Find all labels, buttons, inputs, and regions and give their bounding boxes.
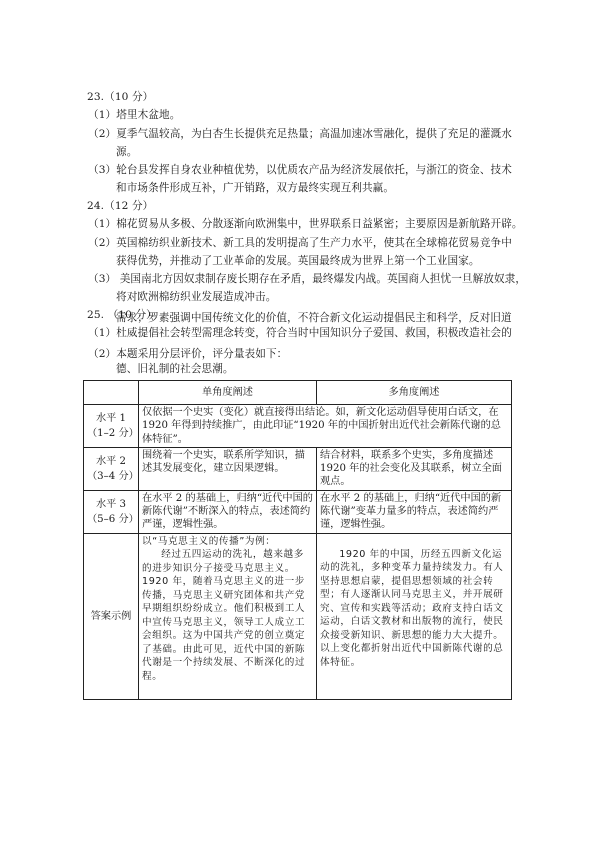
rubric-header-single: 单角度阐述 xyxy=(139,381,317,405)
q24-item-3: （3） 美国南北方因奴隶制存废长期存在矛盾，最终爆发内战。英国商人担忧一旦解放奴… xyxy=(88,273,526,286)
q23-item-2: （2）夏季气温较高，为白杏生长提供充足热量；高温加速冰雪融化，提供了充足的灌溉水 xyxy=(88,128,512,141)
q24-item-2: （2）英国棉纺织业新技术、新工具的发明提高了生产力水平，使其在全球棉花贸易竞争中 xyxy=(88,237,512,250)
q23-heading: 23.（10 分） xyxy=(87,91,153,104)
q23-item-3: （3）轮台县发挥自身农业种植优势，以优质农产品为经济发展依托，与浙江的资金、技术 xyxy=(88,164,512,177)
rubric-row-level-2: 水平 2（3–4 分） 围绕着一个史实，联系所学知识，描述其发展变化，建立因果逻… xyxy=(84,447,512,490)
rubric-header-blank xyxy=(84,381,139,405)
level-1-label: 水平 1（1–2 分） xyxy=(84,405,139,448)
q25-item-2: （2）本题采用分层评价，评分量表如下： xyxy=(88,348,287,361)
q24-item-3-cont: 将对欧洲棉纺织业发展造成冲击。 xyxy=(116,291,276,304)
rubric-row-level-3: 水平 3（5–6 分） 在水平 2 的基础上，归纳“近代中国的新陈代谢”不断深入… xyxy=(84,490,512,533)
level-2-single: 围绕着一个史实，联系所学知识，描述其发展变化，建立因果逻辑。 xyxy=(139,447,317,490)
level-3-multi: 在水平 2 的基础上，归纳“近代中国的新陈代谢”变革力量多的特点，表述简约严谨，… xyxy=(317,490,512,533)
q23-item-1: （1）塔里木盆地。 xyxy=(88,109,180,122)
rubric-table: 单角度阐述 多角度阐述 水平 1（1–2 分） 仅依据一个史实（变化）就直接得出… xyxy=(83,380,512,700)
rubric-row-level-1: 水平 1（1–2 分） 仅依据一个史实（变化）就直接得出结论。如，新文化运动倡导… xyxy=(84,405,512,448)
level-3-single: 在水平 2 的基础上，归纳“近代中国的新陈代谢”不断深入的特点，表述简约严谨，逻… xyxy=(139,490,317,533)
q24-item-2-cont: 获得优势，并推动了工业革命的发展。英国最终成为世界上第一个工业国家。 xyxy=(116,255,480,268)
q25-item-1: （1）杜威提倡社会转型需理念转变，符合当时中国知识分子爱国、救国，积极改造社会的 xyxy=(88,327,512,340)
q23-item-2-cont: 源。 xyxy=(116,146,137,159)
example-single-body-2: 1920 年，随着马克思主义的进一步传播，马克思主义研究团体和共产党早期组织纷纷… xyxy=(142,575,313,683)
q23-item-3-cont: 和市场条件形成互补，广开销路，双方最终实现互利共赢。 xyxy=(116,182,394,195)
level-1-description: 仅依据一个史实（变化）就直接得出结论。如，新文化运动倡导使用白话文，在 1920… xyxy=(139,405,512,448)
example-multi: 1920 年的中国，历经五四新文化运动的洗礼，多种变革力量持续发力。有人坚持思想… xyxy=(317,533,512,699)
level-2-multi: 结合材料，联系多个史实，多角度描述 1920 年的社会变化及其联系，树立全面观点… xyxy=(317,447,512,490)
example-single: 以“马克思主义的传播”为例： 经过五四运动的洗礼，越来越多的进步知识分子接受马克… xyxy=(139,533,317,699)
example-single-body: 经过五四运动的洗礼，越来越多的进步知识分子接受马克思主义。 xyxy=(142,548,313,575)
example-label: 答案示例 xyxy=(84,533,139,699)
q24-item-1: （1）棉花贸易从多极、分散逐渐向欧洲集中，世界联系日益紧密；主要原因是新航路开辟… xyxy=(88,218,523,231)
q24-heading: 24.（12 分） xyxy=(87,200,153,213)
level-3-label: 水平 3（5–6 分） xyxy=(84,490,139,533)
rubric-header-row: 单角度阐述 多角度阐述 xyxy=(84,381,512,405)
example-multi-body: 1920 年的中国，历经五四新文化运动的洗礼，多种变革力量持续发力。有人坚持思想… xyxy=(320,548,508,670)
rubric-row-example: 答案示例 以“马克思主义的传播”为例： 经过五四运动的洗礼，越来越多的进步知识分… xyxy=(84,533,512,699)
answer-key-page: 23.（10 分） （1）塔里木盆地。 （2）夏季气温较高，为白杏生长提供充足热… xyxy=(0,0,595,842)
q25-item-1-cont-1: 需求；罗素强调中国传统文化的价值，不符合新文化运动提倡民主和科学，反对旧道 xyxy=(116,312,512,325)
level-2-label: 水平 2（3–4 分） xyxy=(84,447,139,490)
q25-item-1-cont-2: 德、旧礼制的社会思潮。 xyxy=(116,363,234,376)
rubric-header-multi: 多角度阐述 xyxy=(317,381,512,405)
example-single-intro: 以“马克思主义的传播”为例： xyxy=(142,535,313,549)
